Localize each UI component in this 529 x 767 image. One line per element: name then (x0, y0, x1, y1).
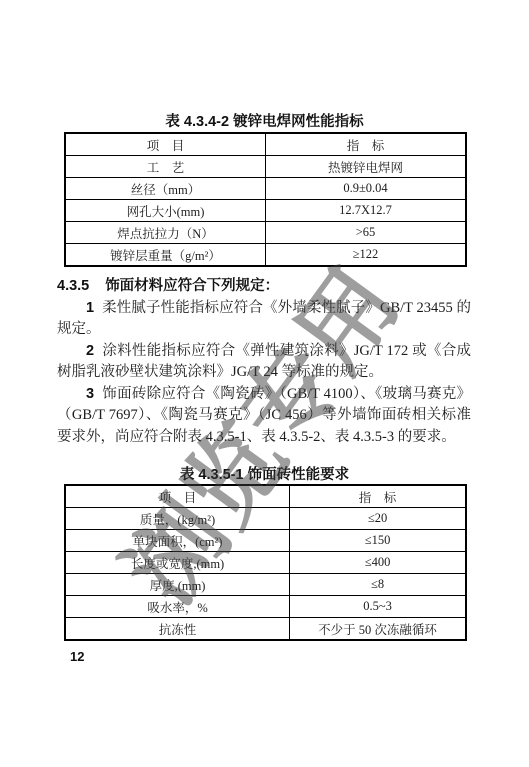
row-label: 抗冻性 (65, 618, 290, 641)
item-number: 2 (86, 343, 94, 359)
clause-number: 4.3.5 (57, 278, 89, 294)
table-row: 镀锌层重量（g/m²） ≥122 (65, 244, 466, 267)
row-label: 吸水率，% (65, 596, 290, 618)
clause-heading: 4.3.5饰面材料应符合下列规定： (57, 276, 471, 298)
row-value: ≤400 (290, 552, 466, 574)
row-value: ≤150 (290, 530, 466, 552)
table-header-row: 项 目 指 标 (65, 485, 466, 508)
clause-4-3-5-text: 4.3.5饰面材料应符合下列规定： 1柔性腻子性能指标应符合《外墙柔性腻子》GB… (57, 276, 471, 448)
row-label: 工 艺 (65, 156, 266, 178)
row-label: 焊点抗拉力（N） (65, 222, 266, 244)
clause-item-1: 1柔性腻子性能指标应符合《外墙柔性腻子》GB/T 23455 的规定。 (57, 298, 471, 341)
item-text: 涂料性能指标应符合《弹性建筑涂料》JG/T 172 或《合成树脂乳液砂壁状建筑涂… (57, 343, 471, 381)
table-4-3-4-2: 项 目 指 标 工 艺 热镀锌电焊网 丝径（mm） 0.9±0.04 网孔大小(… (64, 132, 467, 267)
row-label: 长度或宽度,(mm) (65, 552, 290, 574)
table-row: 焊点抗拉力（N） >65 (65, 222, 466, 244)
item-text: 饰面砖除应符合《陶瓷砖》（GB/T 4100）、《玻璃马赛克》（GB/T 769… (57, 386, 471, 445)
table-row: 工 艺 热镀锌电焊网 (65, 156, 466, 178)
table-row: 长度或宽度,(mm) ≤400 (65, 552, 466, 574)
row-value: >65 (266, 222, 467, 244)
table-row: 厚度,(mm) ≤8 (65, 574, 466, 596)
table-4-3-4-2-title: 表 4.3.4-2 镀锌电焊网性能指标 (0, 110, 529, 131)
row-value: 0.9±0.04 (266, 178, 467, 200)
page-number: 12 (70, 649, 84, 664)
row-value: ≤20 (290, 508, 466, 530)
clause-item-3: 3饰面砖除应符合《陶瓷砖》（GB/T 4100）、《玻璃马赛克》（GB/T 76… (57, 384, 471, 449)
table-row: 丝径（mm） 0.9±0.04 (65, 178, 466, 200)
item-number: 1 (86, 300, 94, 316)
row-value: ≥122 (266, 244, 467, 267)
column-header-indicator: 指 标 (290, 485, 466, 508)
table-row: 网孔大小(mm) 12.7X12.7 (65, 200, 466, 222)
row-label: 丝径（mm） (65, 178, 266, 200)
row-value: 不少于 50 次冻融循环 (290, 618, 466, 641)
row-value: 0.5~3 (290, 596, 466, 618)
document-page: 表 4.3.4-2 镀锌电焊网性能指标 项 目 指 标 工 艺 热镀锌电焊网 丝… (0, 0, 529, 767)
table-header-row: 项 目 指 标 (65, 133, 466, 156)
item-number: 3 (86, 386, 94, 402)
table-row: 抗冻性 不少于 50 次冻融循环 (65, 618, 466, 641)
row-label: 单块面积，(cm²) (65, 530, 290, 552)
table-row: 单块面积，(cm²) ≤150 (65, 530, 466, 552)
table-row: 质量，(kg/m²) ≤20 (65, 508, 466, 530)
item-text: 柔性腻子性能指标应符合《外墙柔性腻子》GB/T 23455 的规定。 (57, 300, 471, 338)
row-value: 热镀锌电焊网 (266, 156, 467, 178)
column-header-indicator: 指 标 (266, 133, 467, 156)
column-header-item: 项 目 (65, 133, 266, 156)
row-label: 厚度,(mm) (65, 574, 290, 596)
row-label: 镀锌层重量（g/m²） (65, 244, 266, 267)
column-header-item: 项 目 (65, 485, 290, 508)
row-value: 12.7X12.7 (266, 200, 467, 222)
clause-item-2: 2涂料性能指标应符合《弹性建筑涂料》JG/T 172 或《合成树脂乳液砂壁状建筑… (57, 341, 471, 384)
table-4-3-5-1: 项 目 指 标 质量，(kg/m²) ≤20 单块面积，(cm²) ≤150 长… (64, 484, 467, 641)
clause-heading-text: 饰面材料应符合下列规定： (105, 278, 279, 294)
table-4-3-5-1-title: 表 4.3.5-1 饰面砖性能要求 (0, 463, 529, 484)
row-label: 质量，(kg/m²) (65, 508, 290, 530)
table-row: 吸水率，% 0.5~3 (65, 596, 466, 618)
row-label: 网孔大小(mm) (65, 200, 266, 222)
row-value: ≤8 (290, 574, 466, 596)
